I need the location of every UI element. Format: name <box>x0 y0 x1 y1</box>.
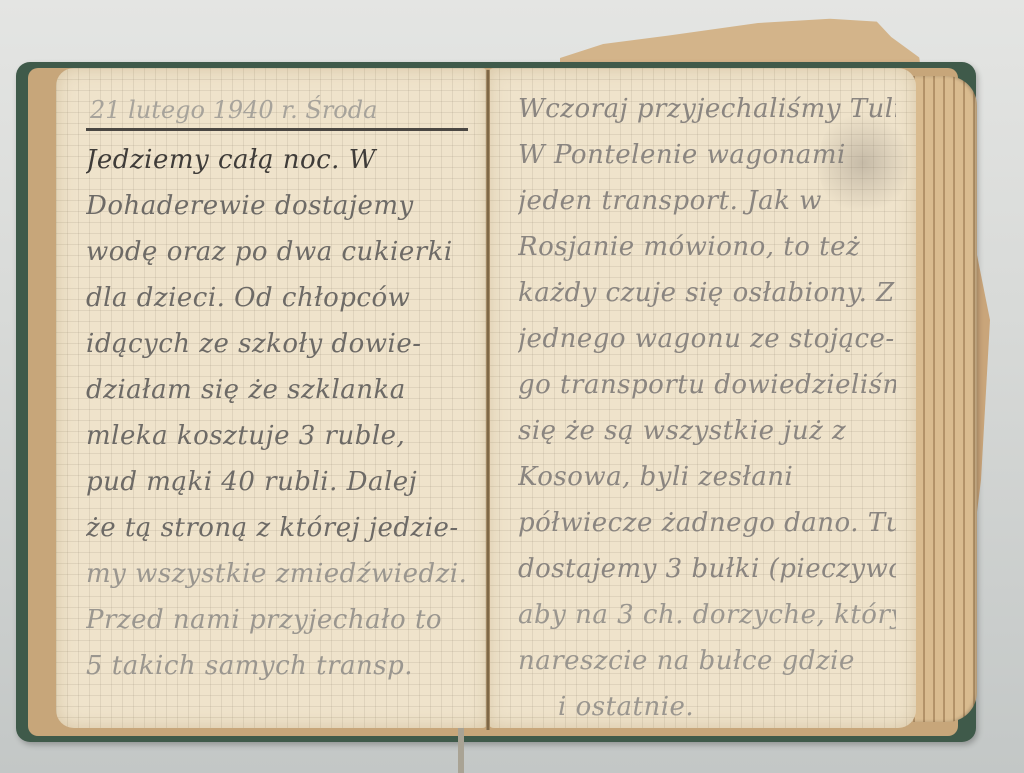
bookmark-ribbon <box>458 728 464 773</box>
diary-line: się że są wszystkie już z <box>518 408 896 454</box>
diary-line: mleka kosztuje 3 ruble, <box>86 413 468 459</box>
right-page-text: Wczoraj przyjechaliśmy Tulig. W Pontelen… <box>518 86 896 730</box>
diary-line: wodę oraz po dwa cukierki <box>86 229 468 275</box>
diary-line: Kosowa, byli zesłani <box>518 454 896 500</box>
scan-background: 21 lutego 1940 r. Środa Jedziemy całą no… <box>0 0 1024 773</box>
diary-line: Jedziemy całą noc. W <box>86 137 468 183</box>
diary-line: 5 takich samych transp. <box>86 643 468 689</box>
diary-line: każdy czuje się osłabiony. Z <box>518 270 896 316</box>
right-page: Wczoraj przyjechaliśmy Tulig. W Pontelen… <box>488 68 916 728</box>
diary-line: że tą stroną z której jedzie- <box>86 505 468 551</box>
diary-line: jeden transport. Jak w <box>518 178 896 224</box>
diary-line: Przed nami przyjechało to <box>86 597 468 643</box>
diary-line: aby na 3 ch. dorzyche, który <box>518 592 896 638</box>
diary-line: idących ze szkoły dowie- <box>86 321 468 367</box>
diary-line: działam się że szklanka <box>86 367 468 413</box>
diary-line: go transportu dowiedzieliśmy <box>518 362 896 408</box>
diary-line: pud mąki 40 rubli. Dalej <box>86 459 468 505</box>
diary-line: my wszystkie zmiedźwiedzi. <box>86 551 468 597</box>
diary-line: półwiecze żadnego dano. Tu <box>518 500 896 546</box>
diary-line: dostajemy 3 bułki (pieczywo) <box>518 546 896 592</box>
diary-line: jednego wagonu ze stojące- <box>518 316 896 362</box>
diary-line: Wczoraj przyjechaliśmy Tulig. <box>518 86 896 132</box>
diary-line: Rosjanie mówiono, to też <box>518 224 896 270</box>
notebook-gutter <box>486 70 490 730</box>
diary-line: W Pontelenie wagonami <box>518 132 896 178</box>
diary-line: i ostatnie. <box>518 684 896 730</box>
diary-line: dla dzieci. Od chłopców <box>86 275 468 321</box>
diary-line: nareszcie na bułce gdzie <box>518 638 896 684</box>
diary-date-header: 21 lutego 1940 r. Środa <box>86 92 468 131</box>
left-page: 21 lutego 1940 r. Środa Jedziemy całą no… <box>56 68 488 728</box>
diary-line: Dohaderewie dostajemy <box>86 183 468 229</box>
left-page-text: 21 lutego 1940 r. Środa Jedziemy całą no… <box>86 92 468 689</box>
